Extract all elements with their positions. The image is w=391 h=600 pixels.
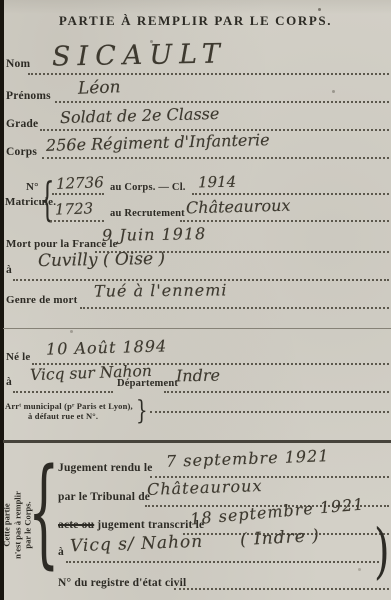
jugement-date-handwritten: 7 septembre 1921 xyxy=(166,446,330,471)
closing-paren-decoration: ) xyxy=(374,522,390,582)
prenoms-handwritten-value: Léon xyxy=(78,77,121,98)
arr-municipal-label-line1: Arrᵗ municipal (pʳ Paris et Lyon), xyxy=(5,401,133,411)
dotted-line xyxy=(28,73,389,75)
grade-handwritten-value: Soldat de 2e Classe xyxy=(60,104,220,127)
classe-handwritten-value: 1914 xyxy=(198,173,236,192)
corps-handwritten-value: 256e Régiment d'Infanterie xyxy=(46,130,270,155)
recrutement-place-handwritten: Châteauroux xyxy=(186,196,291,218)
au-corps-label: au Corps. — Cl. xyxy=(110,182,186,193)
thick-section-divider xyxy=(3,440,391,443)
transcription-place-handwritten: Vicq s/ Nahon xyxy=(70,532,204,557)
section-divider xyxy=(3,328,391,329)
dotted-line xyxy=(174,588,389,590)
struck-text: acte ou xyxy=(58,519,94,531)
paper-specks xyxy=(318,8,321,11)
dotted-line xyxy=(66,561,379,563)
brace-decoration: } xyxy=(136,398,148,424)
dotted-line xyxy=(164,391,389,393)
au-recrutement-label: au Recrutement xyxy=(110,208,185,219)
genre-mort-label: Genre de mort xyxy=(6,294,77,306)
birth-date-handwritten: 10 Août 1894 xyxy=(46,336,168,358)
sidebar-note-line: Cette partie xyxy=(2,478,13,573)
transcription-place-label: à xyxy=(58,546,64,558)
registre-label: N° du registre d'état civil xyxy=(58,577,186,589)
dotted-line xyxy=(150,411,389,413)
prenoms-label: Prénoms xyxy=(6,90,51,102)
birth-place-label: à xyxy=(6,376,12,388)
departement-handwritten: Indre xyxy=(176,366,220,386)
jugement-label: Jugement rendu le xyxy=(58,462,153,474)
grade-label: Grade xyxy=(6,118,38,130)
matricule-no-label: N° xyxy=(26,181,39,193)
genre-mort-handwritten: Tué à l'ennemi xyxy=(94,280,228,300)
scanned-death-record-form: PARTIE À REMPLIR PAR LE CORPS. Nom SICAU… xyxy=(0,0,391,600)
dotted-line xyxy=(180,220,389,222)
dotted-line xyxy=(192,193,389,195)
departement-label: Département xyxy=(117,378,178,389)
dotted-line xyxy=(52,193,104,195)
corps-label: Corps xyxy=(6,146,37,158)
matricule-corps-number: 12736 xyxy=(56,173,104,193)
dotted-line xyxy=(80,307,389,309)
mort-date-label: Mort pour la France le xyxy=(6,238,118,250)
transcrit-label-text: jugement transcrit le xyxy=(97,519,204,531)
dotted-line xyxy=(55,101,389,103)
nom-label: Nom xyxy=(6,58,30,70)
dotted-line xyxy=(50,220,104,222)
nom-handwritten-value: SICAULT xyxy=(52,38,227,72)
dotted-line xyxy=(13,391,113,393)
arr-municipal-label-line2: à défaut rue et N°. xyxy=(28,411,98,421)
transcription-dept-handwritten: ( Indre ) xyxy=(240,526,321,550)
transcrit-date-handwritten: 18 septembre 1921 xyxy=(190,494,366,528)
form-title: PARTIE À REMPLIR PAR LE CORPS. xyxy=(0,13,391,29)
dotted-line xyxy=(42,157,389,159)
tribunal-handwritten: Châteauroux xyxy=(147,476,263,499)
ne-le-label: Né le xyxy=(6,351,31,363)
mort-place-label: à xyxy=(6,264,12,276)
matricule-recrutement-number: 1723 xyxy=(55,199,94,218)
tribunal-label: par le Tribunal de xyxy=(58,491,150,503)
transcrit-label: acte ou jugement transcrit le xyxy=(58,519,204,531)
mort-date-handwritten: 9 Juin 1918 xyxy=(102,224,207,245)
brace-decoration: { xyxy=(28,452,60,570)
sidebar-note-line: n'est pas à remplir xyxy=(12,478,23,573)
brace-decoration: { xyxy=(40,176,55,222)
mort-place-handwritten: Cuvilly ( Oise ) xyxy=(38,249,165,271)
